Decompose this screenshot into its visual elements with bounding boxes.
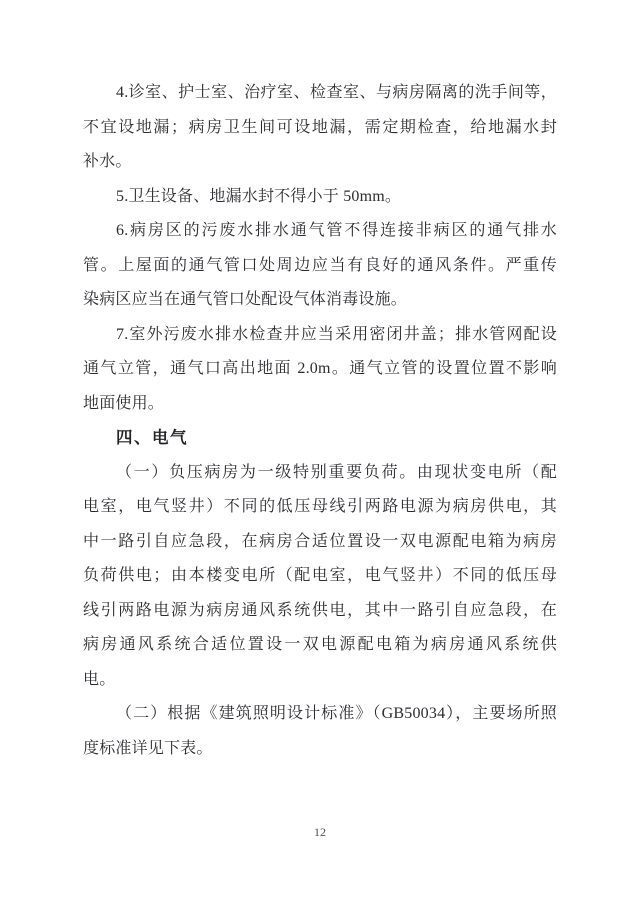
text-line: 5.卫生设备、地漏水封不得小于 50mm。	[83, 180, 557, 215]
paragraph: （一）负压病房为一级特别重要负荷。由现状变电所（配电室，电气竖井）不同的低压母线…	[83, 456, 557, 698]
section-heading: 四、电气	[83, 421, 557, 456]
paragraph: 4.诊室、护士室、治疗室、检查室、与病房隔离的洗手间等，不宜设地漏；病房卫生间可…	[83, 76, 557, 180]
page-number: 12	[0, 824, 640, 840]
text-line: 负荷供电；由本楼变电所（配电室，电气竖井）不同的低压母	[83, 559, 557, 594]
paragraph: 7.室外污废水排水检查井应当采用密闭井盖；排水管网配设通气立管，通气口高出地面 …	[83, 318, 557, 422]
text-line: 度标准详见下表。	[83, 732, 557, 767]
text-line: 地面使用。	[83, 387, 557, 422]
text-line: 四、电气	[83, 421, 557, 456]
document-page: 4.诊室、护士室、治疗室、检查室、与病房隔离的洗手间等，不宜设地漏；病房卫生间可…	[0, 0, 640, 905]
text-line: 4.诊室、护士室、治疗室、检查室、与病房隔离的洗手间等，	[83, 76, 557, 111]
text-line: 中一路引自应急段，在病房合适位置设一双电源配电箱为病房	[83, 525, 557, 560]
text-line: 补水。	[83, 145, 557, 180]
text-line: 7.室外污废水排水检查井应当采用密闭井盖；排水管网配设	[83, 318, 557, 353]
text-line: 电。	[83, 663, 557, 698]
paragraph: 6.病房区的污废水排水通气管不得连接非病区的通气排水管。上屋面的通气管口处周边应…	[83, 214, 557, 318]
text-line: 通气立管，通气口高出地面 2.0m。通气立管的设置位置不影响	[83, 352, 557, 387]
document-body: 4.诊室、护士室、治疗室、检查室、与病房隔离的洗手间等，不宜设地漏；病房卫生间可…	[83, 76, 557, 766]
text-line: 电室，电气竖井）不同的低压母线引两路电源为病房供电，其	[83, 490, 557, 525]
text-line: 染病区应当在通气管口处配设气体消毒设施。	[83, 283, 557, 318]
text-line: 管。上屋面的通气管口处周边应当有良好的通风条件。严重传	[83, 249, 557, 284]
text-line: （一）负压病房为一级特别重要负荷。由现状变电所（配	[83, 456, 557, 491]
text-line: 不宜设地漏；病房卫生间可设地漏，需定期检查，给地漏水封	[83, 111, 557, 146]
paragraph: 5.卫生设备、地漏水封不得小于 50mm。	[83, 180, 557, 215]
text-line: 线引两路电源为病房通风系统供电，其中一路引自应急段，在	[83, 594, 557, 629]
paragraph: （二）根据《建筑照明设计标准》（GB50034），主要场所照度标准详见下表。	[83, 697, 557, 766]
text-line: （二）根据《建筑照明设计标准》（GB50034），主要场所照	[83, 697, 557, 732]
text-line: 6.病房区的污废水排水通气管不得连接非病区的通气排水	[83, 214, 557, 249]
text-line: 病房通风系统合适位置设一双电源配电箱为病房通风系统供	[83, 628, 557, 663]
